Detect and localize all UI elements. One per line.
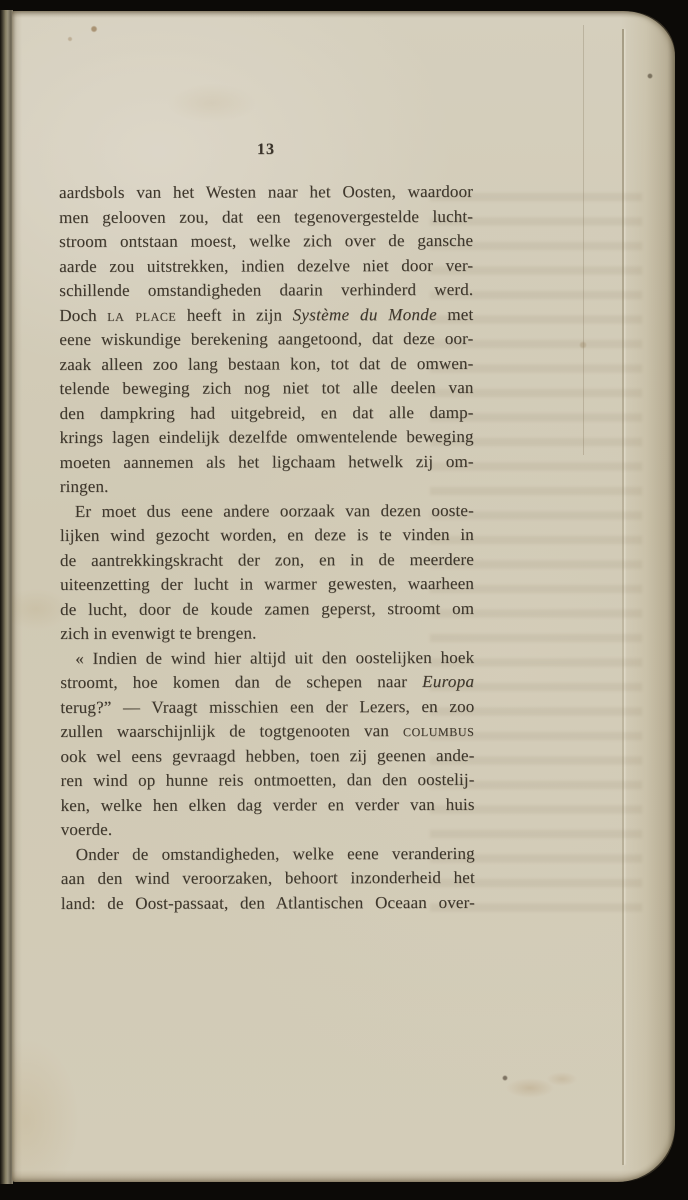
text-line: aan den wind veroorzaken, behoort inzond… (61, 866, 475, 892)
text-line: schillende omstandigheden daarin verhind… (59, 278, 473, 304)
scan-background: 13 aardsbols van het Westen naar het Oos… (0, 0, 688, 1200)
text-line: ren wind op hunne reis ontmoetten, dan d… (61, 768, 475, 794)
text-segment: aardsbols van het Westen naar het Oosten… (59, 182, 473, 202)
text-line: uiteenzetting der lucht in warmer gewest… (60, 572, 474, 598)
text-segment: land: de Oost-passaat, den Atlantischen … (61, 892, 475, 912)
book-page: 13 aardsbols van het Westen naar het Oos… (12, 11, 675, 1182)
text-segment: zullen waarschijnlijk de togtgenooten va… (60, 721, 403, 741)
text-segment: Er moet dus eene andere oorzaak van deze… (75, 500, 474, 520)
text-segment: de aantrekkingskracht der zon, en in de … (60, 549, 474, 569)
small-caps-name: columbus (403, 721, 475, 740)
text-line: land: de Oost-passaat, den Atlantischen … (61, 890, 475, 916)
text-line: ook wel eens gevraagd hebben, toen zij g… (60, 743, 474, 769)
text-segment: eene wiskundige berekening aangetoond, d… (59, 329, 473, 349)
text-line: krings lagen eindelijk dezelfde omwentel… (60, 425, 474, 451)
text-segment: krings lagen eindelijk dezelfde omwentel… (60, 427, 474, 447)
text-line: voerde. (61, 817, 475, 843)
paragraph: aardsbols van het Westen naar het Oosten… (59, 180, 474, 500)
text-line: stroom ontstaan moest, welke zich over d… (59, 229, 473, 255)
text-segment: Onder de omstandigheden, welke eene vera… (76, 843, 475, 863)
italic-text: Système du Monde (293, 305, 437, 324)
text-segment: « Indien de wind hier altijd uit den oos… (75, 647, 474, 667)
text-line: de aantrekkingskracht der zon, en in de … (60, 547, 474, 573)
text-segment: Doch (59, 305, 107, 324)
page-number: 13 (60, 141, 472, 159)
text-segment: heeft in zijn (176, 305, 292, 324)
text-segment: ook wel eens gevraagd hebben, toen zij g… (60, 745, 474, 765)
text-line: telende beweging zich nog niet tot alle … (60, 376, 474, 402)
paragraph: « Indien de wind hier altijd uit den oos… (60, 645, 475, 842)
text-segment: ren wind op hunne reis ontmoetten, dan d… (61, 770, 475, 790)
text-line: terug?” — Vraagt misschien een der Lezer… (60, 694, 474, 720)
text-line: Er moet dus eene andere oorzaak van deze… (60, 498, 474, 524)
text-segment: terug?” — Vraagt misschien een der Lezer… (60, 696, 474, 716)
text-line: ringen. (60, 474, 474, 500)
text-segment: aarde zou uitstrekken, indien dezelve ni… (59, 255, 473, 275)
text-line: stroomt, hoe komen dan de schepen naar E… (60, 670, 474, 696)
text-line: zaak alleen zoo lang bestaan kon, tot da… (59, 351, 473, 377)
text-segment: zich in evenwigt te brengen. (60, 623, 256, 643)
text-line: zullen waarschijnlijk de togtgenooten va… (60, 719, 474, 745)
text-line: Doch la place heeft in zijn Système du M… (59, 302, 473, 328)
text-line: lijken wind gezocht worden, en deze is t… (60, 523, 474, 549)
text-line: Onder de omstandigheden, welke eene vera… (61, 841, 475, 867)
text-segment: ken, welke hen elken dag verder en verde… (61, 794, 475, 814)
text-line: aardsbols van het Westen naar het Oosten… (59, 180, 473, 206)
text-segment: telende beweging zich nog niet tot alle … (60, 378, 474, 398)
text-segment: uiteenzetting der lucht in warmer gewest… (60, 574, 474, 594)
text-segment: moeten aannemen als het ligchaam hetwelk… (60, 451, 474, 471)
page-text: aardsbols van het Westen naar het Oosten… (59, 180, 475, 916)
text-line: moeten aannemen als het ligchaam hetwelk… (60, 449, 474, 475)
text-segment: ringen. (60, 477, 109, 496)
text-line: de lucht, door de koude zamen geperst, s… (60, 596, 474, 622)
text-line: aarde zou uitstrekken, indien dezelve ni… (59, 253, 473, 279)
text-segment: met (437, 304, 473, 323)
text-segment: aan den wind veroorzaken, behoort inzond… (61, 868, 475, 888)
text-segment: de lucht, door de koude zamen geperst, s… (60, 598, 474, 618)
text-segment: stroomt, hoe komen dan de schepen naar (60, 672, 422, 692)
text-segment: voerde. (61, 820, 113, 839)
paragraph: Er moet dus eene andere oorzaak van deze… (60, 498, 474, 646)
paragraph: Onder de omstandigheden, welke eene vera… (61, 841, 475, 916)
text-line: den dampkring had uitgebreid, en dat all… (60, 400, 474, 426)
text-line: « Indien de wind hier altijd uit den oos… (60, 645, 474, 671)
text-segment: schillende omstandigheden daarin verhind… (59, 280, 473, 300)
text-segment: stroom ontstaan moest, welke zich over d… (59, 231, 473, 251)
text-line: ken, welke hen elken dag verder en verde… (61, 792, 475, 818)
text-segment: zaak alleen zoo lang bestaan kon, tot da… (59, 353, 473, 373)
italic-text: Europa (422, 672, 474, 691)
small-caps-name: la place (107, 305, 176, 324)
text-line: zich in evenwigt te brengen. (60, 621, 474, 647)
text-segment: den dampkring had uitgebreid, en dat all… (60, 402, 474, 422)
text-segment: men gelooven zou, dat een tegenovergeste… (59, 206, 473, 226)
text-segment: lijken wind gezocht worden, en deze is t… (60, 525, 474, 545)
text-line: eene wiskundige berekening aangetoond, d… (59, 327, 473, 353)
text-line: men gelooven zou, dat een tegenovergeste… (59, 204, 473, 230)
